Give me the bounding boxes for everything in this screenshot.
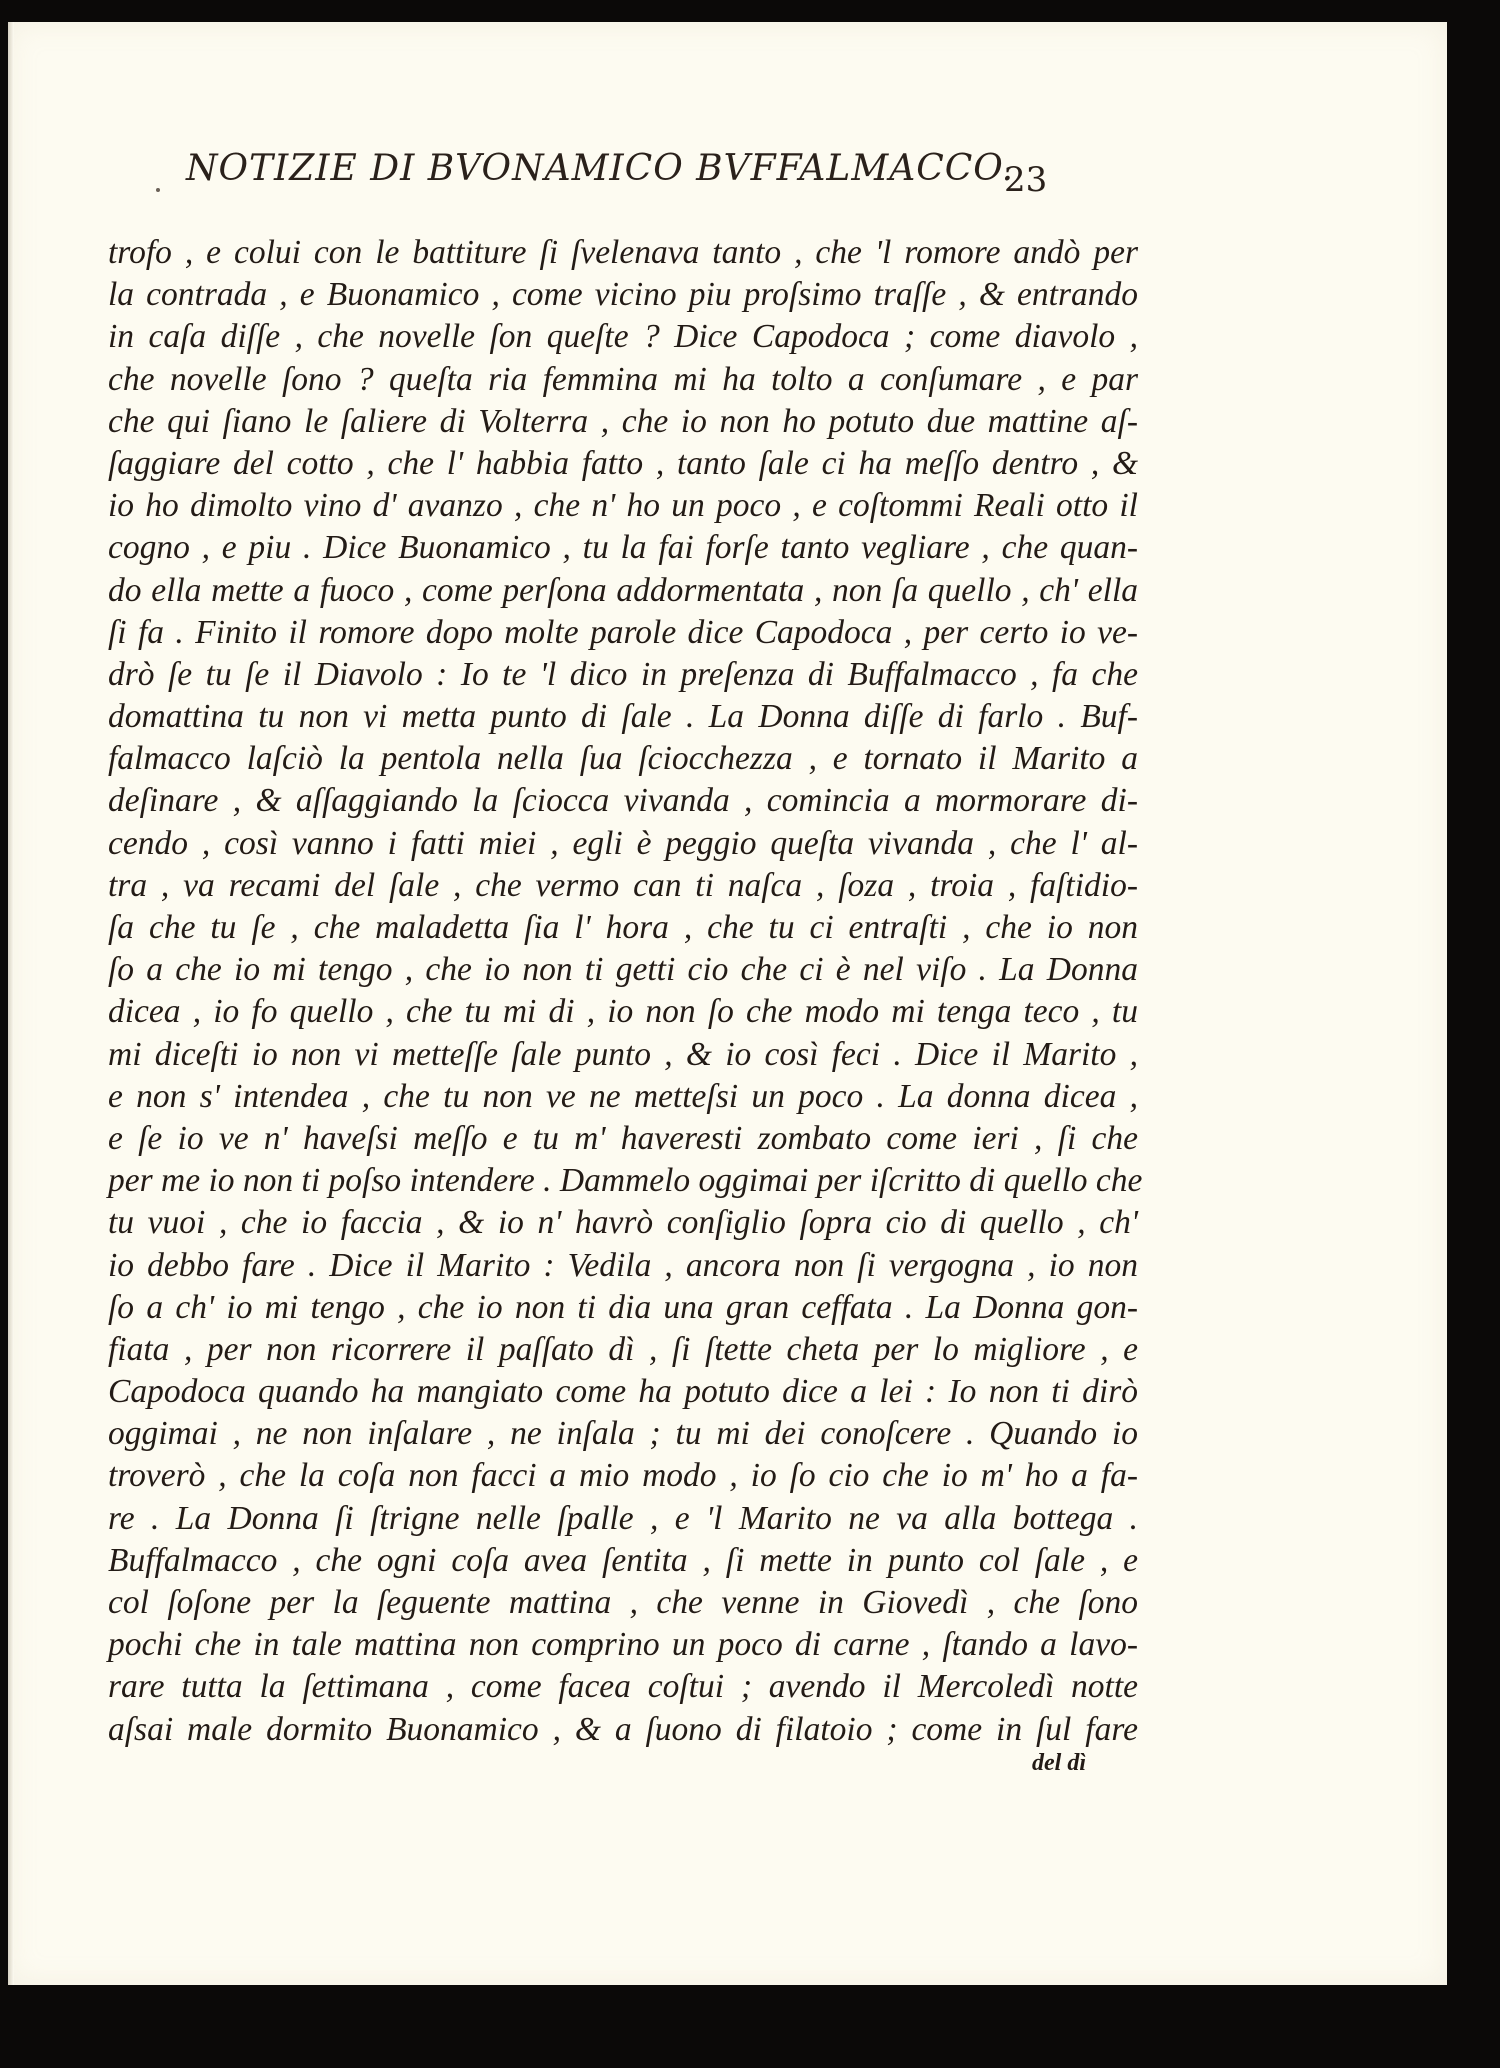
text-line: rare tutta la ſettimana , come facea coſ…: [108, 1666, 1138, 1708]
page-number: 23: [1004, 160, 1047, 200]
text-line: che novelle ſono ? queſta ria femmina mi…: [108, 359, 1138, 401]
text-line: ſo a che io mi tengo , che io non ti get…: [108, 949, 1138, 991]
text-line: e non s' intendea , che tu non ve ne met…: [108, 1076, 1138, 1118]
text-line: cendo , così vanno i fatti miei , egli è…: [108, 823, 1138, 865]
text-line: la contrada , e Buonamico , come vicino …: [108, 274, 1138, 316]
text-line: ſi fa . Finito il romore dopo molte paro…: [108, 612, 1138, 654]
text-line: che qui ſiano le ſaliere di Volterra , c…: [108, 401, 1138, 443]
text-line: deſinare , & aſſaggiando la ſciocca viva…: [108, 780, 1138, 822]
text-line: oggimai , ne non inſalare , ne inſala ; …: [108, 1413, 1138, 1455]
text-line: re . La Donna ſi ſtrigne nelle ſpalle , …: [108, 1498, 1138, 1540]
text-line: pochi che in tale mattina non comprino u…: [108, 1624, 1138, 1666]
page-edge-shadow: [8, 22, 14, 1985]
text-line: tra , va recami del ſale , che vermo can…: [108, 865, 1138, 907]
text-line: fiata , per non ricorrere il paſſato dì …: [108, 1329, 1138, 1371]
text-line: cogno , e piu . Dice Buonamico , tu la f…: [108, 527, 1138, 569]
text-line: troverò , che la coſa non facci a mio mo…: [108, 1455, 1138, 1497]
text-line: falmacco laſciò la pentola nella ſua ſci…: [108, 738, 1138, 780]
text-line: aſsai male dormito Buonamico , & a ſuono…: [108, 1709, 1138, 1751]
text-line: dicea , io fo quello , che tu mi di , io…: [108, 991, 1138, 1033]
text-line: mi diceſti io non vi metteſſe ſale punto…: [108, 1034, 1138, 1076]
text-line: drò ſe tu ſe il Diavolo : Io te 'l dico …: [108, 654, 1138, 696]
text-line: per me io non ti poſso intendere . Damme…: [108, 1160, 1138, 1202]
text-line: io debbo fare . Dice il Marito : Vedila …: [108, 1245, 1138, 1287]
text-line: e ſe io ve n' haveſsi meſſo e tu m' have…: [108, 1118, 1138, 1160]
text-line: tu vuoi , che io faccia , & io n' havrò …: [108, 1202, 1138, 1244]
text-line: trofo , e colui con le battiture ſi ſvel…: [108, 232, 1138, 274]
printer-mark: [156, 188, 160, 192]
body-text: trofo , e colui con le battiture ſi ſvel…: [108, 232, 1138, 1751]
text-line: Capodoca quando ha mangiato come ha potu…: [108, 1371, 1138, 1413]
text-line: Buffalmacco , che ogni coſa avea ſentita…: [108, 1540, 1138, 1582]
text-line: ſaggiare del cotto , che l' habbia fatto…: [108, 443, 1138, 485]
running-head: NOTIZIE DI BVONAMICO BVFFALMACCO.: [186, 148, 1086, 189]
text-line: ſa che tu ſe , che maladetta ſia l' hora…: [108, 907, 1138, 949]
text-line: ſo a ch' io mi tengo , che io non ti dia…: [108, 1287, 1138, 1329]
text-line: do ella mette a fuoco , come perſona add…: [108, 570, 1138, 612]
text-line: col ſoſone per la ſeguente mattina , che…: [108, 1582, 1138, 1624]
text-line: in caſa diſſe , che novelle ſon queſte ?…: [108, 316, 1138, 358]
text-line: io ho dimolto vino d' avanzo , che n' ho…: [108, 485, 1138, 527]
text-line: domattina tu non vi metta punto di ſale …: [108, 696, 1138, 738]
catchword: del dì: [1032, 1750, 1086, 1777]
